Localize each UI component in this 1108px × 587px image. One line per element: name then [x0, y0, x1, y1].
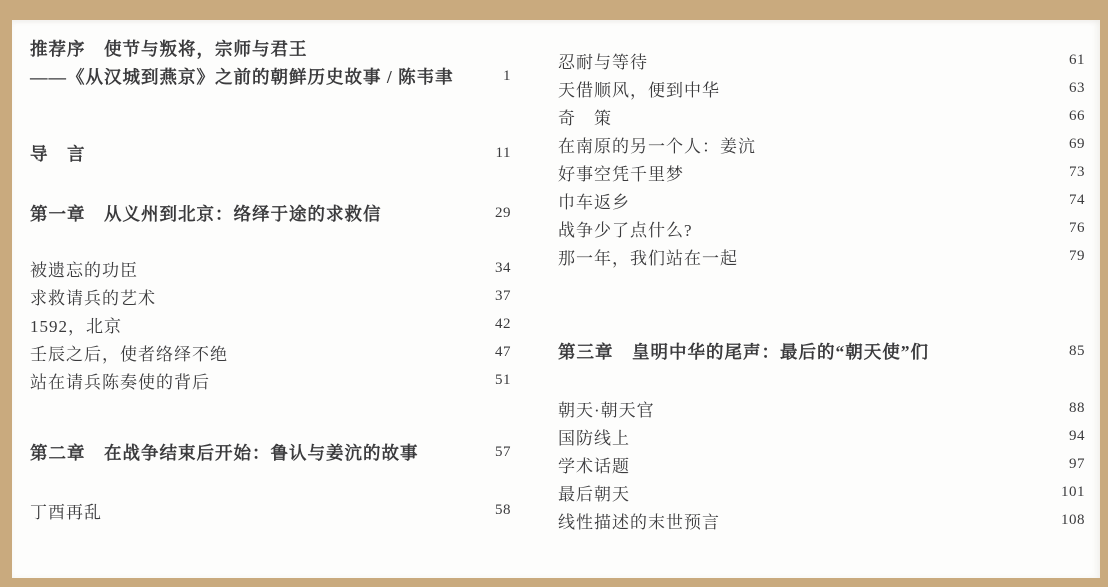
toc-entry-title: 导 言: [30, 141, 86, 166]
toc-entry-title: 天借顺风，便到中华: [558, 76, 720, 101]
toc-entry-page-number: 1: [491, 68, 511, 85]
toc-entry-page-number: 37: [483, 288, 511, 305]
toc-entry: ——《从汉城到燕京》之前的朝鲜历史故事 / 陈韦聿1: [30, 62, 511, 90]
toc-entry: 丁酉再乱58: [30, 496, 511, 524]
toc-entry-title: 丁酉再乱: [30, 498, 102, 523]
toc-entry: 国防线上94: [558, 422, 1085, 450]
toc-entry-title: 第二章 在战争结束后开始：鲁认与姜沆的故事: [30, 440, 419, 465]
toc-entry-page-number: 101: [1049, 484, 1085, 501]
toc-entry-title: 奇 策: [558, 104, 612, 129]
toc-entry-title: 国防线上: [558, 424, 630, 449]
toc-entry-title: 巾车返乡: [558, 188, 630, 213]
toc-entry-page-number: 47: [483, 344, 511, 361]
toc-screenshot: { "colors": { "border": "#c9aa7e", "page…: [0, 0, 1108, 587]
section-chapter-2-items: 丁酉再乱58: [30, 496, 511, 524]
toc-entry-title: ——《从汉城到燕京》之前的朝鲜历史故事 / 陈韦聿: [30, 64, 454, 89]
toc-entry-page-number: 88: [1057, 400, 1085, 417]
toc-entry-page-number: 58: [483, 502, 511, 519]
toc-entry: 第三章 皇明中华的尾声：最后的“朝天使”们85: [558, 337, 1085, 365]
toc-entry-title: 战争少了点什么?: [558, 216, 693, 241]
toc-entry-title: 线性描述的末世预言: [558, 508, 720, 533]
toc-entry: 最后朝天101: [558, 478, 1085, 506]
toc-entry: 推荐序 使节与叛将，宗师与君王: [30, 34, 511, 62]
toc-entry: 求救请兵的艺术37: [30, 282, 511, 310]
toc-entry-page-number: 69: [1057, 136, 1085, 153]
toc-entry-page-number: 97: [1057, 456, 1085, 473]
toc-entry-page-number: 66: [1057, 108, 1085, 125]
toc-entry: 在南原的另一个人：姜沆69: [558, 130, 1085, 158]
toc-entry-page-number: 29: [483, 205, 511, 222]
toc-entry: 学术话题97: [558, 450, 1085, 478]
toc-entry: 导 言11: [30, 139, 511, 167]
toc-entry-page-number: 85: [1057, 343, 1085, 360]
toc-entry-title: 最后朝天: [558, 480, 630, 505]
toc-column-left: 推荐序 使节与叛将，宗师与君王——《从汉城到燕京》之前的朝鲜历史故事 / 陈韦聿…: [30, 20, 511, 524]
toc-entry: 1592，北京42: [30, 310, 511, 338]
toc-entry-title: 好事空凭千里梦: [558, 160, 684, 185]
toc-entry-page-number: 61: [1057, 52, 1085, 69]
toc-entry-title: 忍耐与等待: [558, 48, 648, 73]
toc-entry-page-number: 76: [1057, 220, 1085, 237]
toc-entry-title: 推荐序 使节与叛将，宗师与君王: [30, 36, 308, 61]
toc-entry-page-number: 57: [483, 444, 511, 461]
book-page: 推荐序 使节与叛将，宗师与君王——《从汉城到燕京》之前的朝鲜历史故事 / 陈韦聿…: [12, 20, 1100, 578]
section-preface: 推荐序 使节与叛将，宗师与君王——《从汉城到燕京》之前的朝鲜历史故事 / 陈韦聿…: [30, 34, 511, 90]
toc-entry-page-number: 108: [1049, 512, 1085, 529]
section-chapter-3-items: 朝天·朝天官88国防线上94学术话题97最后朝天101线性描述的末世预言108: [558, 394, 1085, 534]
toc-entry-title: 在南原的另一个人：姜沆: [558, 132, 756, 157]
toc-column-right: 忍耐与等待61天借顺风，便到中华63奇 策66在南原的另一个人：姜沆69好事空凭…: [558, 20, 1085, 534]
section-chapter-1-items: 被遗忘的功臣34求救请兵的艺术371592，北京42壬辰之后，使者络绎不绝47站…: [30, 254, 511, 394]
toc-entry: 战争少了点什么?76: [558, 214, 1085, 242]
toc-entry-title: 1592，北京: [30, 312, 122, 337]
toc-entry-page-number: 11: [484, 145, 511, 162]
toc-entry-page-number: 79: [1057, 248, 1085, 265]
section-chapter-3: 第三章 皇明中华的尾声：最后的“朝天使”们85: [558, 337, 1085, 365]
toc-entry: 朝天·朝天官88: [558, 394, 1085, 422]
toc-entry-title: 朝天·朝天官: [558, 396, 655, 421]
toc-entry-page-number: 63: [1057, 80, 1085, 97]
toc-entry: 站在请兵陈奏使的背后51: [30, 366, 511, 394]
toc-entry-title: 那一年，我们站在一起: [558, 244, 738, 269]
toc-entry-page-number: 94: [1057, 428, 1085, 445]
toc-entry: 被遗忘的功臣34: [30, 254, 511, 282]
toc-entry: 第一章 从义州到北京：络绎于途的求救信29: [30, 199, 511, 227]
toc-entry: 线性描述的末世预言108: [558, 506, 1085, 534]
toc-entry: 好事空凭千里梦73: [558, 158, 1085, 186]
section-chapter-2: 第二章 在战争结束后开始：鲁认与姜沆的故事57: [30, 438, 511, 466]
toc-entry-title: 求救请兵的艺术: [30, 284, 156, 309]
toc-entry: 天借顺风，便到中华63: [558, 74, 1085, 102]
toc-entry-title: 学术话题: [558, 452, 630, 477]
toc-entry: 那一年，我们站在一起79: [558, 242, 1085, 270]
toc-entry-title: 第一章 从义州到北京：络绎于途的求救信: [30, 201, 382, 226]
toc-entry-page-number: 34: [483, 260, 511, 277]
toc-entry-page-number: 73: [1057, 164, 1085, 181]
toc-entry-title: 壬辰之后，使者络绎不绝: [30, 340, 228, 365]
section-chapter-1: 第一章 从义州到北京：络绎于途的求救信29: [30, 199, 511, 227]
toc-entry-page-number: 74: [1057, 192, 1085, 209]
toc-entry: 忍耐与等待61: [558, 46, 1085, 74]
toc-entry-title: 被遗忘的功臣: [30, 256, 138, 281]
toc-entry-title: 第三章 皇明中华的尾声：最后的“朝天使”们: [558, 339, 929, 364]
toc-entry: 巾车返乡74: [558, 186, 1085, 214]
toc-entry: 第二章 在战争结束后开始：鲁认与姜沆的故事57: [30, 438, 511, 466]
toc-entry: 壬辰之后，使者络绎不绝47: [30, 338, 511, 366]
toc-entry-page-number: 51: [483, 372, 511, 389]
toc-entry-title: 站在请兵陈奏使的背后: [30, 368, 210, 393]
section-introduction: 导 言11: [30, 139, 511, 167]
section-chapter-2-items-continued: 忍耐与等待61天借顺风，便到中华63奇 策66在南原的另一个人：姜沆69好事空凭…: [558, 46, 1085, 270]
toc-entry: 奇 策66: [558, 102, 1085, 130]
toc-entry-page-number: 42: [483, 316, 511, 333]
